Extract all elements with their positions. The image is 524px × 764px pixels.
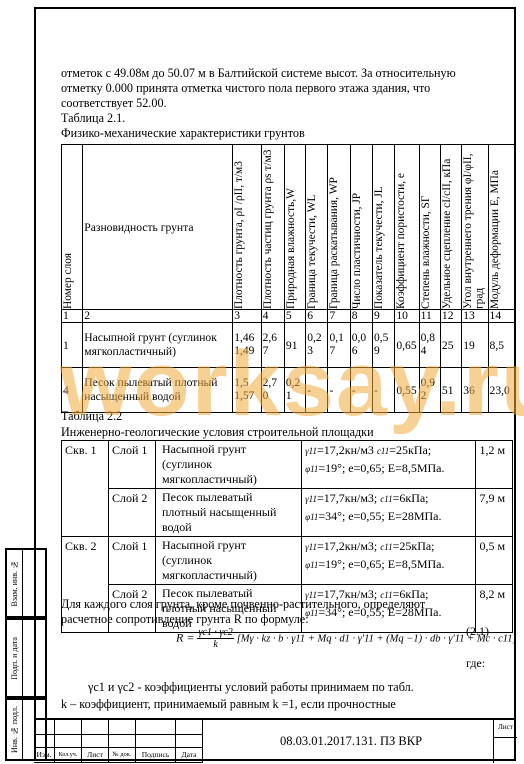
cell: 1	[62, 323, 83, 368]
cell: 0,1 7	[328, 323, 350, 368]
cell: 19	[462, 323, 488, 368]
column-number: 8	[350, 310, 372, 323]
table2-caption: Таблица 2.2	[61, 409, 122, 424]
header-cell: Плотность грунта, ρI /ρII, т/м3	[234, 149, 246, 309]
layer-name: Слой 2	[108, 489, 155, 537]
soil-params: γ11=17,7кн/м3; c11=6кПа;φ11=34°; e=0,55;…	[302, 489, 476, 537]
definition-line-1: γc1 и γc2 - коэффициенты условий работы …	[88, 680, 414, 695]
cell: 0,0 6	[350, 323, 372, 368]
header-cell: Граница текучести, WL	[307, 149, 319, 309]
cell: 0,9 2	[419, 368, 440, 413]
cell: 91	[284, 323, 305, 368]
column-number: 10	[395, 310, 419, 323]
phi-symbol: φ11	[305, 560, 318, 570]
intro-line-3: соответствует 52.00.	[61, 96, 167, 111]
cell: 23,0	[488, 368, 515, 413]
formula-fraction: γc1 · γc2k	[197, 627, 233, 650]
cell: 0,5 9	[373, 323, 395, 368]
cell: 36	[462, 368, 488, 413]
column-number: 13	[462, 310, 488, 323]
text-after-2: расчетное сопротивление грунта R по форм…	[61, 612, 309, 627]
layer-depth: 1,2 м	[476, 441, 513, 489]
header-cell: Плотность частиц грунта ρs т/м3	[263, 149, 275, 309]
text-after-1: Для каждого слоя грунта, кроме почвенно-…	[61, 597, 425, 612]
column-number: 2	[83, 310, 233, 323]
c-value: =25кПа;	[393, 539, 435, 553]
phi-value: =34°; e=0,55; E=28МПа.	[318, 509, 441, 523]
table-row: 4 Песок пылеватый плотный насыщенный вод…	[62, 368, 516, 413]
layer-name: Слой 1	[108, 537, 155, 585]
layer-depth: 7,9 м	[476, 489, 513, 537]
phi-symbol: φ11	[305, 464, 318, 474]
header-cell: Степень влажности, SГ	[421, 149, 433, 309]
cell: 0,65	[395, 323, 419, 368]
side-stamp-label: Подп. и дата	[10, 637, 19, 680]
cell: Насыпной грунт (суглинок мягкопластичный…	[83, 323, 233, 368]
cell: -	[350, 368, 372, 413]
c-value: =6кПа;	[393, 491, 429, 505]
equation-number: (2.1)	[466, 624, 489, 639]
table-row: 1 Насыпной грунт (суглинок мягкопластичн…	[62, 323, 516, 368]
stamp-label: № док.	[109, 748, 136, 763]
column-number: 5	[284, 310, 305, 323]
phi-value: =19°; e=0,65; E=8,5МПа.	[318, 557, 444, 571]
cell: 0,8 4	[419, 323, 440, 368]
cell: 1,46 1,49	[233, 323, 261, 368]
cell: -	[306, 368, 328, 413]
well-name: Скв. 1	[62, 441, 109, 537]
header-cell: Разновидность грунта	[83, 145, 233, 310]
cell: 4	[62, 368, 83, 413]
sheet-label: Лист	[494, 720, 517, 738]
phi-value: =19°; e=0,65; E=8,5МПа.	[318, 461, 444, 475]
cell: 0,55	[395, 368, 419, 413]
stamp-label: Изм.	[34, 748, 55, 763]
table1-header-row: Номер слоя Разновидность грунта Плотност…	[62, 145, 516, 310]
gamma-value: =17,7кн/м3;	[317, 491, 377, 505]
formula-denominator: k	[197, 639, 233, 650]
soil-params: γ11=17,2кн/м3; c11=25кПа;φ11=19°; e=0,65…	[302, 537, 476, 585]
where-label: где:	[466, 656, 485, 671]
table1-caption: Таблица 2.1.	[61, 111, 125, 126]
header-cell: Модуль деформации E, МПа	[490, 149, 502, 309]
cell: 0,2 3	[306, 323, 328, 368]
soil-params: γ11=17,2кн/м3 c11=25кПа;φ11=19°; e=0,65;…	[302, 441, 476, 489]
header-cell: Удельное сцепление cI/cII, кПа	[442, 149, 454, 309]
header-cell: Угол внутреннего трения φI/φII, град	[463, 149, 486, 309]
soil-type: Песок пылеватый плотный насыщенный водой	[155, 489, 301, 537]
cell: 2,6 7	[261, 323, 284, 368]
formula-numerator: γc1 · γc2	[197, 627, 233, 639]
header-cell: Число пластичности, JP	[352, 149, 364, 309]
column-number: 14	[488, 310, 515, 323]
column-number: 7	[328, 310, 350, 323]
side-stamp-replace-inv: Взам. инв. №	[5, 548, 47, 618]
intro-line-2: отметку 0.000 принята отметка чистого по…	[61, 81, 430, 96]
column-number: 4	[261, 310, 284, 323]
table-row: Скв. 2 Слой 1 Насыпной грунт (суглинок м…	[62, 537, 513, 585]
side-stamp-sign-date: Подп. и дата	[5, 618, 47, 698]
cell: 51	[440, 368, 461, 413]
gamma-symbol: γ11	[305, 446, 317, 456]
table-row: Слой 2 Песок пылеватый плотный насыщенны…	[62, 489, 513, 537]
layer-name: Слой 1	[108, 441, 155, 489]
cell: -	[373, 368, 395, 413]
header-cell: Природная влажность,W	[286, 149, 298, 309]
table1-number-row: 1 2 3 4 5 6 7 8 9 10 11 12 13 14	[62, 310, 516, 323]
c-symbol: c11	[377, 446, 389, 456]
gamma-symbol: γ11	[305, 542, 317, 552]
cell: 25	[440, 323, 461, 368]
header-cell: Показатель текучести, JL	[374, 149, 386, 309]
header-cell: Номер слоя	[63, 149, 75, 309]
stamp-label: Кол.уч.	[55, 748, 82, 763]
table-row: Скв. 1 Слой 1 Насыпной грунт (суглинок м…	[62, 441, 513, 489]
c-symbol: c11	[380, 494, 392, 504]
column-number: 11	[419, 310, 440, 323]
formula-lhs: R =	[176, 630, 194, 644]
column-number: 12	[440, 310, 461, 323]
cell: 2,7 0	[261, 368, 284, 413]
cell: 1,5 1,57	[233, 368, 261, 413]
soil-type: Насыпной грунт (суглинок мягкопластичный…	[155, 441, 301, 489]
column-number: 9	[373, 310, 395, 323]
column-number: 1	[62, 310, 83, 323]
title-block: Изм. Кол.уч. Лист № док. Подпись Дата 08…	[34, 718, 516, 763]
column-number: 6	[306, 310, 328, 323]
stamp-label: Дата	[176, 748, 203, 763]
side-stamp-label: Взам. инв. №	[10, 560, 19, 606]
column-number: 3	[233, 310, 261, 323]
document-code: 08.03.01.2017.131. ПЗ ВКР	[280, 734, 422, 749]
intro-line-1: отметок с 49.08м до 50.07 м в Балтийской…	[61, 66, 456, 81]
cell: 0,2 1	[284, 368, 305, 413]
cell: Песок пылеватый плотный насыщенный водой	[83, 368, 233, 413]
soil-type: Насыпной грунт (суглинок мягкопластичный…	[155, 537, 301, 585]
side-stamp-label: Инв. № подл.	[10, 706, 19, 753]
sheet-cell: Лист	[493, 720, 517, 763]
cell: -	[328, 368, 350, 413]
gamma-symbol: γ11	[305, 494, 317, 504]
stamp-label: Подпись	[136, 748, 176, 763]
soil-properties-table: Номер слоя Разновидность грунта Плотност…	[61, 144, 516, 413]
c-symbol: c11	[380, 542, 392, 552]
gamma-value: =17,2кн/м3;	[317, 539, 377, 553]
gamma-value: =17,2кн/м3	[317, 443, 374, 457]
phi-symbol: φ11	[305, 512, 318, 522]
table1-title: Физико-механические характеристики грунт…	[61, 126, 305, 141]
c-value: =25кПа;	[389, 443, 431, 457]
definition-line-2: k – коэффициент, принимаемый равным k =1…	[61, 697, 396, 712]
header-cell: Коэффициент пористости, e	[396, 149, 408, 309]
header-cell: Граница раскатывания, WP	[329, 149, 341, 309]
cell: 8,5	[488, 323, 515, 368]
layer-depth: 0,5 м	[476, 537, 513, 585]
table2-title: Инженерно-геологические условия строител…	[61, 425, 374, 440]
stamp-label: Лист	[82, 748, 109, 763]
